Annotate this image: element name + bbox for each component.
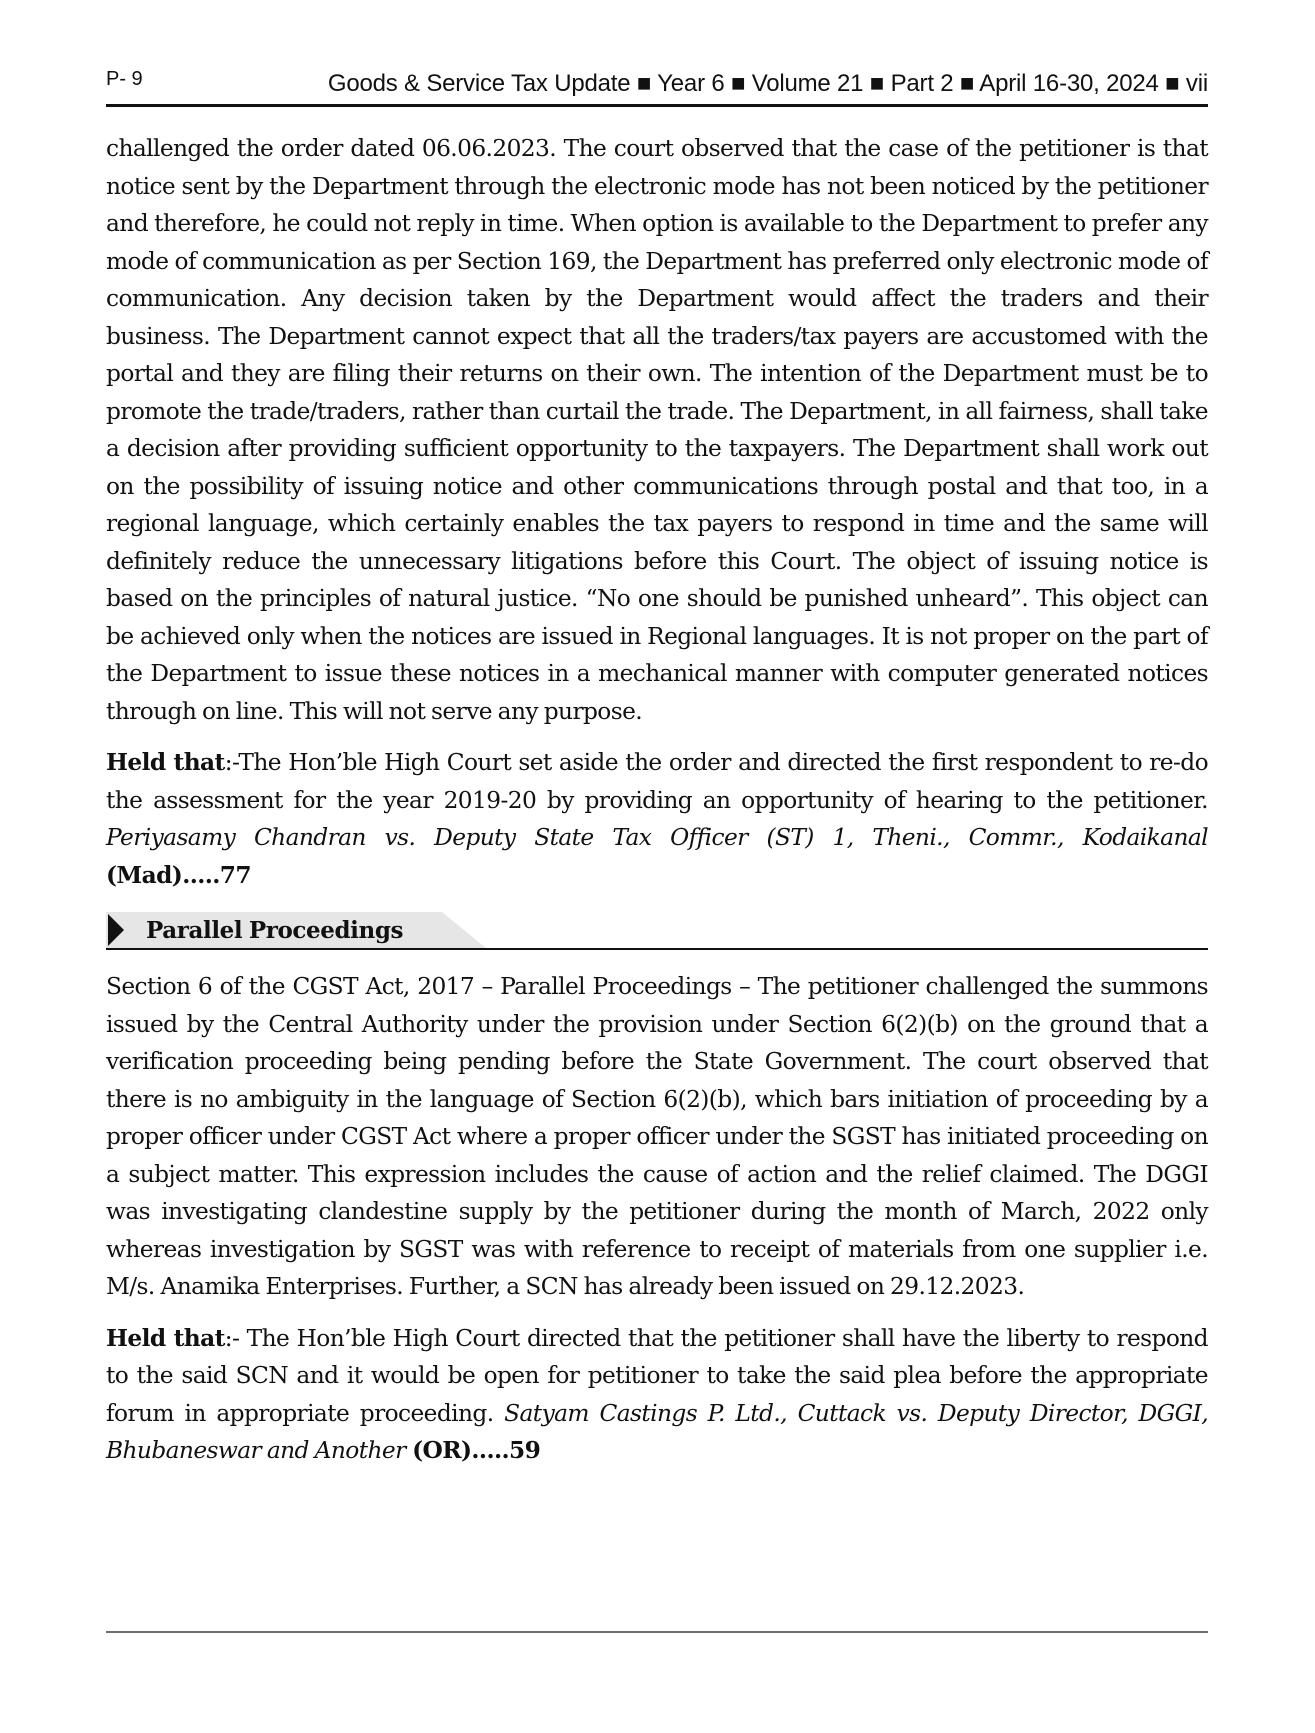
case-2-holding: Held that:- The Hon’ble High Court direc… — [106, 1320, 1208, 1470]
footer-divider — [106, 1631, 1208, 1633]
case-citation: Periyasamy Chandran vs. Deputy State Tax… — [106, 824, 1208, 851]
running-title: Goods & Service Tax Update ■ Year 6 ■ Vo… — [328, 70, 1208, 98]
court-reference: (Mad).....77 — [106, 862, 251, 889]
triangle-bullet-icon — [108, 914, 124, 946]
held-that-text: :-The Hon’ble High Court set aside the o… — [106, 749, 1208, 814]
case-1-body: challenged the order dated 06.06.2023. T… — [106, 130, 1208, 730]
page-content: challenged the order dated 06.06.2023. T… — [106, 130, 1208, 1484]
section-heading: Parallel Proceedings — [106, 910, 1208, 950]
section-title: Parallel Proceedings — [146, 912, 403, 950]
page-header: P- 9 Goods & Service Tax Update ■ Year 6… — [106, 62, 1208, 107]
held-that-label: Held that — [106, 749, 225, 776]
held-that-label: Held that — [106, 1325, 225, 1352]
page-number: P- 9 — [106, 68, 143, 91]
case-1-holding: Held that:-The Hon’ble High Court set as… — [106, 744, 1208, 894]
case-2-body: Section 6 of the CGST Act, 2017 – Parall… — [106, 968, 1208, 1306]
court-reference: (OR).....59 — [406, 1437, 541, 1464]
